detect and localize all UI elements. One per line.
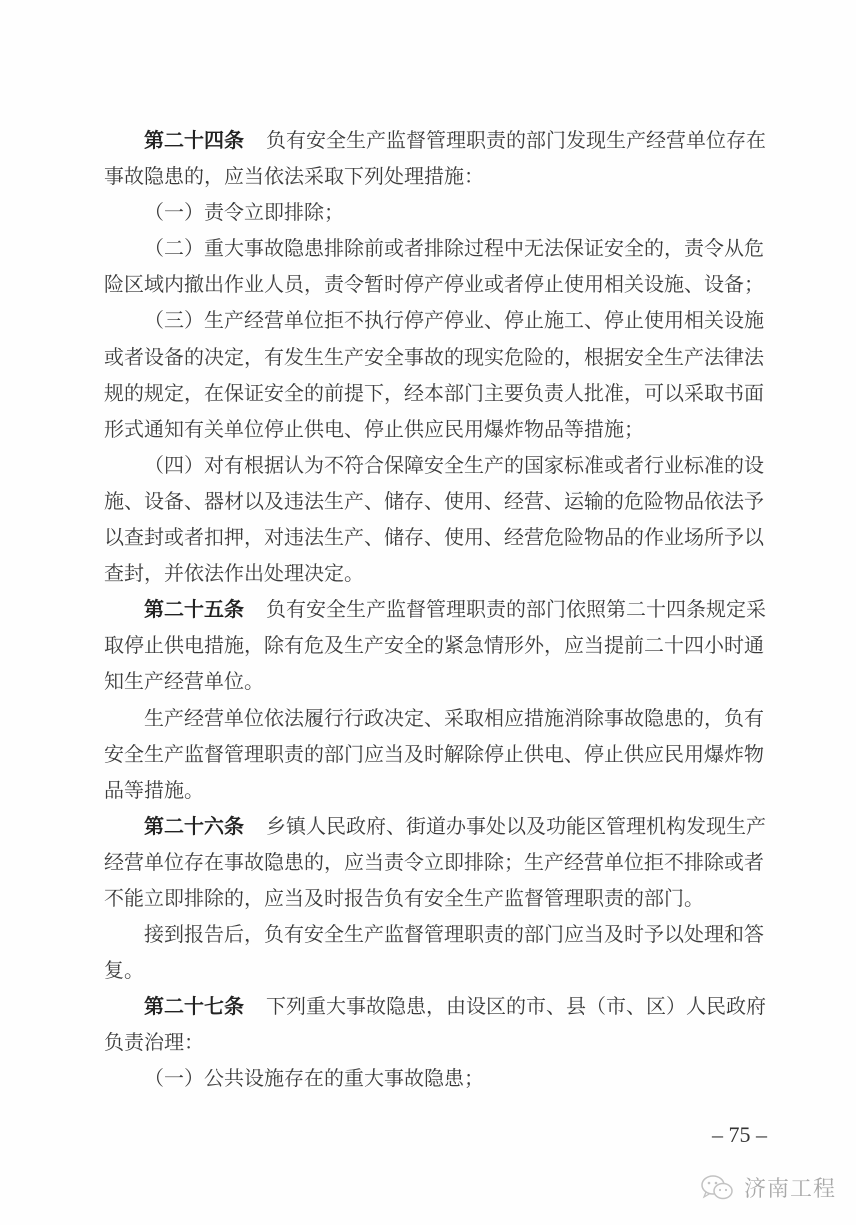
article-24-item-1: （一）责令立即排除； <box>104 194 764 230</box>
article-24-line-2: 事故隐患的，应当依法采取下列处理措施： <box>104 158 764 194</box>
article-26-line-3: 不能立即排除的，应当及时报告负有安全生产监督管理职责的部门。 <box>104 880 764 916</box>
article-26-line-1: 第二十六条乡镇人民政府、街道办事处以及功能区管理机构发现生产 <box>104 808 764 844</box>
article-25-line-1: 第二十五条负有安全生产监督管理职责的部门依照第二十四条规定采 <box>104 591 764 627</box>
article-24-item-3-line-2: 或者设备的决定，有发生生产安全事故的现实危险的，根据安全生产法律法 <box>104 339 764 375</box>
line-text: 乡镇人民政府、街道办事处以及功能区管理机构发现生产 <box>266 814 766 838</box>
watermark: 济南工程 <box>700 1172 836 1203</box>
article-24-item-3-line-1: （三）生产经营单位拒不执行停产停业、停止施工、停止使用相关设施 <box>104 302 764 338</box>
line-text: 下列重大事故隐患，由设区的市、县（市、区）人民政府 <box>266 994 766 1018</box>
article-24-line-1: 第二十四条负有安全生产监督管理职责的部门发现生产经营单位存在 <box>104 122 764 158</box>
article-24-item-3-line-4: 形式通知有关单位停止供电、停止供应民用爆炸物品等措施； <box>104 411 764 447</box>
watermark-text: 济南工程 <box>744 1172 836 1203</box>
article-24-item-2-line-2: 险区域内撤出作业人员，责令暂时停产停业或者停止使用相关设施、设备； <box>104 266 764 302</box>
article-25-para-2-line-2: 安全生产监督管理职责的部门应当及时解除停止供电、停止供应民用爆炸物 <box>104 736 764 772</box>
article-24-item-4-line-3: 以查封或者扣押，对违法生产、储存、使用、经营危险物品的作业场所予以 <box>104 519 764 555</box>
article-24-item-4-line-2: 施、设备、器材以及违法生产、储存、使用、经营、运输的危险物品依法予 <box>104 483 764 519</box>
article-24-item-4-line-4: 查封，并依法作出处理决定。 <box>104 555 764 591</box>
article-24-item-3-line-3: 规的规定，在保证安全的前提下，经本部门主要负责人批准，可以采取书面 <box>104 375 764 411</box>
article-26-line-2: 经营单位存在事故隐患的，应当责令立即排除；生产经营单位拒不排除或者 <box>104 844 764 880</box>
article-25-line-2: 取停止供电措施，除有危及生产安全的紧急情形外，应当提前二十四小时通 <box>104 627 764 663</box>
article-25-para-2-line-1: 生产经营单位依法履行行政决定、采取相应措施消除事故隐患的，负有 <box>104 700 764 736</box>
wechat-icon <box>700 1173 736 1203</box>
article-25-line-3: 知生产经营单位。 <box>104 663 764 699</box>
article-number: 第二十五条 <box>144 597 244 621</box>
article-number: 第二十七条 <box>144 994 244 1018</box>
article-26-para-2-line-1: 接到报告后，负有安全生产监督管理职责的部门应当及时予以处理和答 <box>104 916 764 952</box>
article-25-para-2-line-3: 品等措施。 <box>104 772 764 808</box>
article-24-item-4-line-1: （四）对有根据认为不符合保障安全生产的国家标准或者行业标准的设 <box>104 447 764 483</box>
article-number: 第二十六条 <box>144 814 244 838</box>
article-27-line-1: 第二十七条下列重大事故隐患，由设区的市、县（市、区）人民政府 <box>104 988 764 1024</box>
article-number: 第二十四条 <box>144 128 244 152</box>
page-number: – 75 – <box>712 1122 767 1148</box>
line-text: 负有安全生产监督管理职责的部门依照第二十四条规定采 <box>266 597 766 621</box>
article-26-para-2-line-2: 复。 <box>104 952 764 988</box>
article-27-item-1: （一）公共设施存在的重大事故隐患； <box>104 1060 764 1096</box>
article-27-line-2: 负责治理： <box>104 1024 764 1060</box>
line-text: 负有安全生产监督管理职责的部门发现生产经营单位存在 <box>266 128 766 152</box>
article-24-item-2-line-1: （二）重大事故隐患排除前或者排除过程中无法保证安全的，责令从危 <box>104 230 764 266</box>
document-page: 第二十四条负有安全生产监督管理职责的部门发现生产经营单位存在 事故隐患的，应当依… <box>0 0 856 1225</box>
document-body: 第二十四条负有安全生产监督管理职责的部门发现生产经营单位存在 事故隐患的，应当依… <box>104 122 764 1097</box>
